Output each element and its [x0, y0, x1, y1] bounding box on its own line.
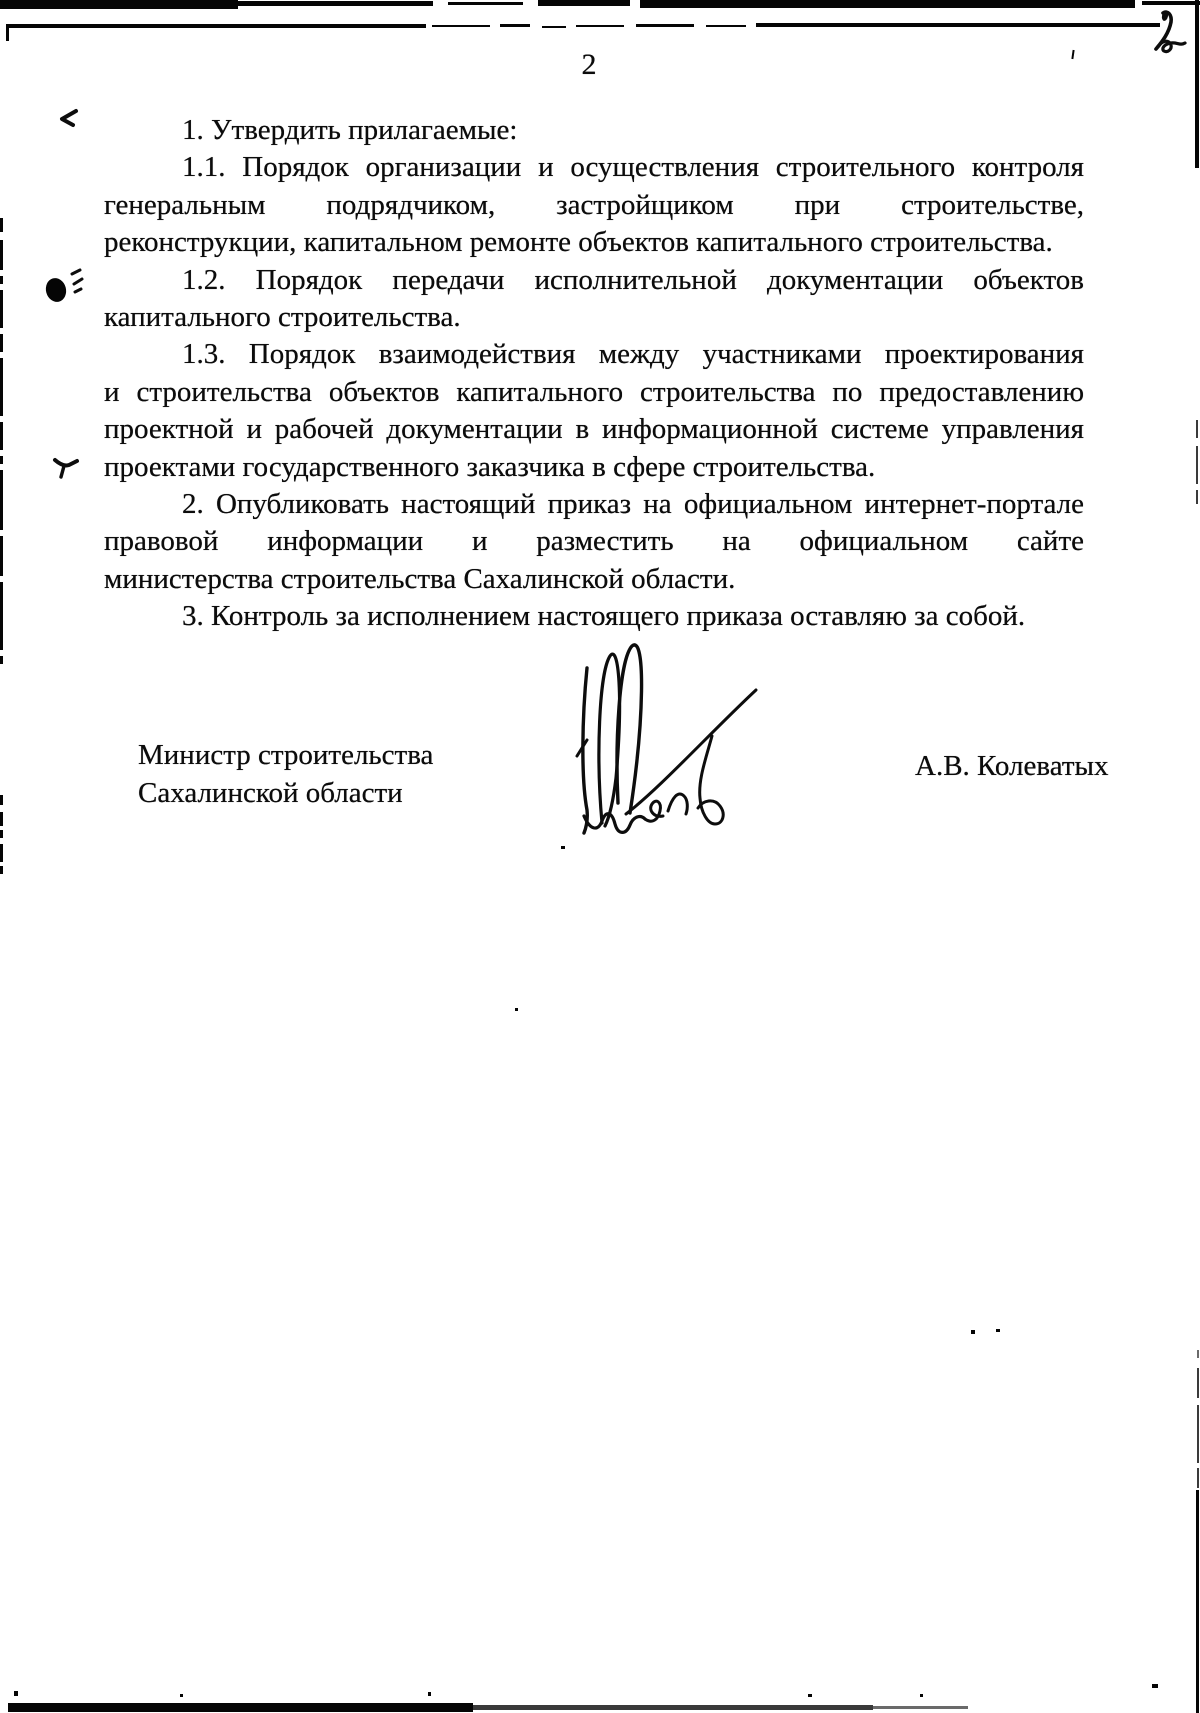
text-line: 2. Опубликовать настоящий приказ на офиц… — [104, 486, 1084, 523]
page-border-right — [1196, 420, 1198, 438]
paragraph-1: 1. Утвердить прилагаемые: — [104, 112, 1084, 149]
scan-speck — [561, 846, 565, 849]
text-line: генеральным подрядчиком, застройщиком пр… — [104, 187, 1084, 224]
scan-edge-top — [640, 0, 1135, 8]
text-line: проектами государственного заказчика в с… — [104, 449, 1084, 486]
scan-edge-bottom — [473, 1705, 873, 1710]
paragraph-1-2: 1.2. Порядок передачи исполнительной док… — [104, 262, 1084, 337]
scan-speck — [996, 1329, 1000, 1332]
signatory-title: Министр строительства Сахалинской област… — [138, 736, 433, 812]
scan-edge-top — [0, 0, 238, 9]
scan-edge-top — [238, 1, 433, 6]
scan-edge-left — [0, 422, 3, 450]
page-border-right — [1197, 1350, 1199, 1358]
text-line: 1.3. Порядок взаимодействия между участн… — [104, 336, 1084, 373]
scan-speck — [920, 1694, 923, 1697]
scan-edge-left — [0, 456, 3, 464]
page-border-right — [1195, 0, 1199, 168]
page-border-top — [432, 25, 490, 27]
text-line: проектной и рабочей документации в инфор… — [104, 411, 1084, 448]
text-line: реконструкции, капитальном ремонте объек… — [104, 224, 1084, 261]
signer-name: А.В. Колеватых — [915, 750, 1108, 783]
scan-edge-left — [0, 582, 3, 650]
scan-speck — [808, 1694, 812, 1697]
scan-edge-left — [0, 334, 3, 352]
text-line: 1.2. Порядок передачи исполнительной док… — [104, 262, 1084, 299]
page-border-top — [706, 25, 746, 27]
ink-blot-mark — [44, 268, 86, 308]
scan-edge-left — [0, 218, 3, 232]
text-line: министерства строительства Сахалинской о… — [104, 561, 1084, 598]
scan-edge-left — [0, 844, 3, 862]
scan-edge-left — [0, 240, 3, 270]
scan-edge-left — [0, 536, 3, 576]
text-line: и строительства объектов капитального ст… — [104, 374, 1084, 411]
scan-edge-left — [0, 358, 3, 416]
text-line: правовой информации и разместить на офиц… — [104, 523, 1084, 560]
scan-edge-left — [0, 470, 3, 530]
scan-edge-top — [1142, 1, 1200, 5]
handwritten-signature — [560, 628, 775, 838]
text-line: капитального строительства. — [104, 299, 1084, 336]
signatory-title-line2: Сахалинской области — [138, 774, 433, 812]
scan-edge-bottom — [873, 1706, 968, 1709]
paragraph-1-3: 1.3. Порядок взаимодействия между участн… — [104, 336, 1084, 486]
scan-edge-left — [0, 656, 3, 664]
scan-edge-top — [448, 2, 523, 5]
scan-edge-left — [0, 276, 3, 284]
page-border-right — [1196, 490, 1198, 504]
scan-edge-left — [0, 290, 3, 328]
scanned-document-page: 2 1. Утвердить прилагаемые: 1.1. Порядок… — [0, 0, 1200, 1713]
paragraph-1-1: 1.1. Порядок организации и осуществления… — [104, 149, 1084, 261]
scan-speck — [428, 1692, 431, 1696]
text-line: 1. Утвердить прилагаемые: — [104, 112, 1084, 149]
scan-edge-left — [0, 866, 3, 874]
page-border-right — [1197, 1368, 1199, 1398]
margin-check-mark — [56, 108, 82, 132]
page-border-right — [1196, 1490, 1199, 1713]
page-number: 2 — [0, 48, 1178, 82]
margin-y-mark — [52, 455, 82, 483]
page-border-top — [6, 24, 426, 28]
text-line: 1.1. Порядок организации и осуществления… — [104, 149, 1084, 186]
scan-edge-bottom — [8, 1703, 473, 1712]
page-border-top — [500, 24, 530, 27]
page-border-right — [1197, 1405, 1199, 1463]
scan-speck — [515, 1008, 518, 1011]
page-border-right — [1197, 1468, 1199, 1488]
scan-speck — [180, 1694, 183, 1697]
scan-speck — [14, 1691, 18, 1696]
page-border-right — [1196, 446, 1198, 484]
page-border-top — [636, 24, 694, 27]
page-border-top — [576, 25, 624, 27]
scan-edge-left — [0, 812, 3, 826]
document-body: 1. Утвердить прилагаемые: 1.1. Порядок о… — [104, 112, 1084, 636]
paragraph-2: 2. Опубликовать настоящий приказ на офиц… — [104, 486, 1084, 598]
signatory-title-line1: Министр строительства — [138, 736, 433, 774]
scan-speck — [1152, 1684, 1158, 1688]
scan-edge-left — [0, 795, 3, 805]
page-border-top — [756, 23, 1160, 27]
page-border-top — [542, 26, 566, 28]
scan-edge-top — [538, 0, 630, 6]
scan-speck — [971, 1330, 975, 1334]
scan-edge-left — [0, 830, 3, 838]
